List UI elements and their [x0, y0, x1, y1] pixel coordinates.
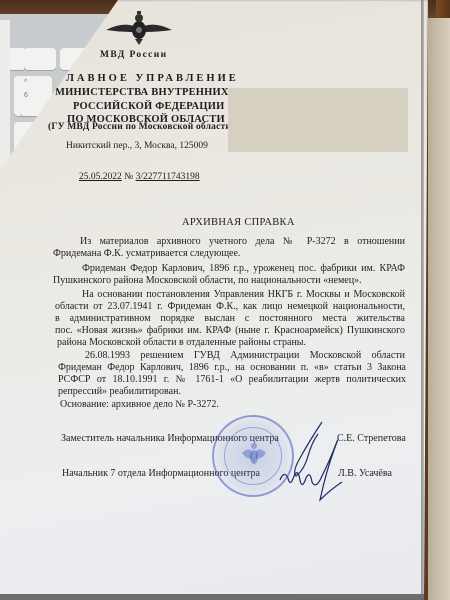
document-date: 25.05.2022 — [79, 172, 122, 182]
seal-eagle-icon — [240, 441, 268, 471]
paragraph-4-line-3: РСФСР от 18.10.1991 г. № 1761-1 «О реаби… — [58, 374, 406, 385]
paragraph-3-line-5: района Московской области в отдаленные р… — [57, 337, 306, 348]
paragraph-3-line-4: пос. «Новая жизнь» фабрики им. КРАФ (нын… — [55, 325, 405, 336]
paper-edge — [421, 0, 424, 600]
paragraph-3-line-2: области от 23.07.1941 г. Фридеман Ф.К., … — [55, 301, 405, 312]
paragraph-3-line-3: в административном порядке выслан с пост… — [55, 313, 405, 324]
handwritten-signatures — [270, 420, 360, 510]
archive-certificate-document: МВД России ГЛАВНОЕ УПРАВЛЕНИЕ МИНИСТЕРСТ… — [0, 0, 430, 600]
paragraph-4-line-2: Фридеман Федор Карлович, 1896 г.р., на о… — [58, 362, 406, 373]
mvd-emblem-icon — [104, 10, 174, 46]
basis-line: Основание: архивное дело № Р-3272. — [60, 399, 219, 410]
paragraph-4-line-4: репрессий» реабилитирован. — [58, 386, 181, 397]
underlying-sheet — [428, 18, 450, 600]
letterhead-address: Никитский пер., 3, Москва, 125009 — [66, 141, 208, 151]
letterhead-line-5: (ГУ МВД России по Московской области) — [48, 122, 234, 132]
keyboard-key — [24, 48, 56, 70]
underlying-paper — [0, 20, 10, 170]
number-sign: № — [124, 172, 133, 182]
document-reference: 25.05.2022 № 3/227711743198 — [79, 172, 200, 182]
letterhead-line-1: ГЛАВНОЕ УПРАВЛЕНИЕ — [58, 73, 239, 84]
underlying-page-edge — [0, 594, 430, 600]
paragraph-1-line-1: Из материалов архивного учетного дела № … — [80, 236, 405, 247]
letterhead-line-3: РОССИЙСКОЙ ФЕДЕРАЦИИ — [73, 101, 224, 112]
document-title: АРХИВНАЯ СПРАВКА — [182, 217, 295, 228]
paragraph-2-line-1: Фридеман Федор Карлович, 1896 г.р., урож… — [82, 263, 405, 274]
paragraph-4-line-1: 26.08.1993 решением ГУВД Администрации М… — [85, 350, 405, 361]
paragraph-2-line-2: Пушкинского района Московской области, п… — [53, 275, 362, 286]
org-short-name: МВД России — [100, 50, 168, 60]
paragraph-3-line-1: На основании постановления Управления НК… — [82, 289, 405, 300]
redacted-recipient-block — [228, 88, 408, 152]
paragraph-1-line-2: Фридемана Ф.К. усматривается следующее. — [53, 248, 240, 259]
document-number: 3/227711743198 — [136, 172, 200, 182]
letterhead-line-2: МИНИСТЕРСТВА ВНУТРЕННИХ ДЕЛ — [55, 87, 254, 98]
